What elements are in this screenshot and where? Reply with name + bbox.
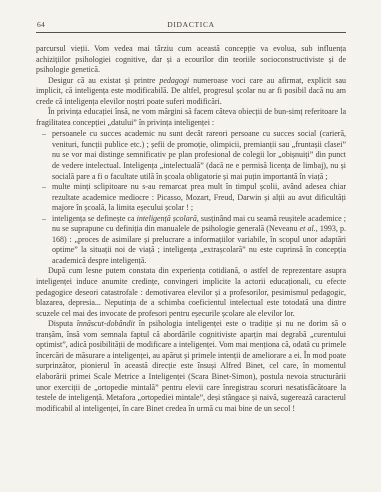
- bullet-list: – persoanele cu succes academic nu sunt …: [36, 129, 346, 266]
- paragraph: Desigur că au existat și printre pedagog…: [36, 76, 346, 108]
- book-page: 64 DIDACTICA parcursul vieții. Vom vedea…: [0, 0, 381, 492]
- page-header: 64 DIDACTICA: [36, 20, 346, 33]
- list-item: – multe minți sclipitoare nu s-au remarc…: [36, 182, 346, 214]
- list-item: – persoanele cu succes academic nu sunt …: [36, 129, 346, 182]
- text-column: parcursul vieții. Vom vedea mai târziu c…: [36, 44, 346, 414]
- dash-marker: –: [36, 214, 52, 267]
- paragraph: După cum lesne putem constata din experi…: [36, 266, 346, 319]
- list-item-text: inteligența se definește ca inteligență …: [52, 214, 346, 267]
- dash-marker: –: [36, 182, 52, 214]
- dash-marker: –: [36, 129, 52, 182]
- paragraph: parcursul vieții. Vom vedea mai târziu c…: [36, 44, 346, 76]
- running-title: DIDACTICA: [36, 20, 346, 29]
- list-item: – inteligența se definește ca inteligenț…: [36, 214, 346, 267]
- list-item-text: persoanele cu succes academic nu sunt de…: [52, 129, 346, 182]
- list-item-text: multe minți sclipitoare nu s-au remarcat…: [52, 182, 346, 214]
- paragraph: În privința educației însă, ne vom mărgi…: [36, 107, 346, 128]
- paragraph: Disputa înnăscut-dobândit în psihologia …: [36, 319, 346, 414]
